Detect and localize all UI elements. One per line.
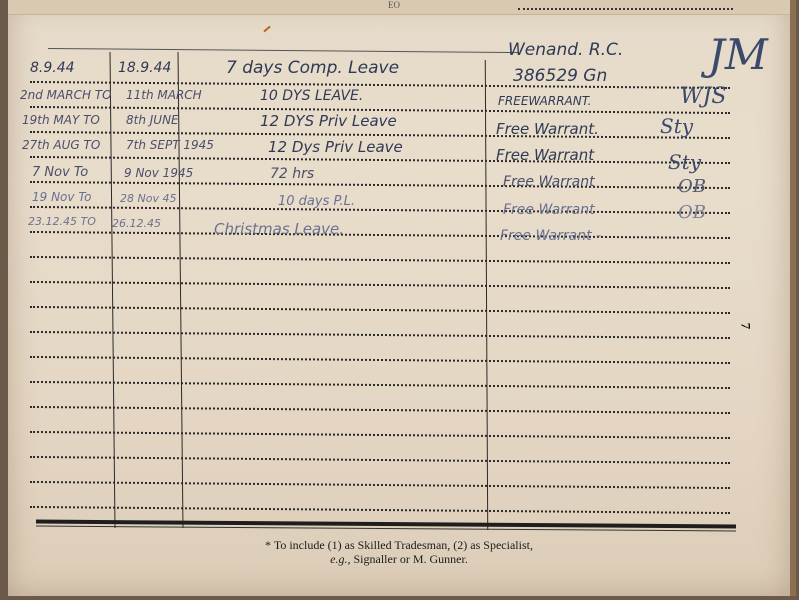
entry-remarks: Free Warrant. [496, 120, 599, 138]
record-page: EO Wenand. R.C. 8.9.44 18.9.44 7 days Co… [8, 0, 796, 596]
entry-description: Christmas Leave. [214, 220, 344, 238]
entry-remarks: Free Warrant [503, 174, 595, 190]
entry-remarks: Free Warrant - [500, 228, 601, 244]
row-rule [30, 231, 730, 239]
entry-initials: JM [708, 30, 768, 79]
flap-label: EO [388, 0, 400, 10]
entry-description: 10 DYS LEAVE. [260, 88, 363, 104]
row-rule [30, 156, 730, 164]
row-rule [30, 381, 730, 389]
entry-from: 19 Nov To [32, 190, 92, 204]
row-rule [48, 48, 518, 53]
entry-to: 7th SEPT 1945 [126, 138, 214, 152]
entry-remarks: FREEWARRANT. [498, 94, 591, 108]
flap-dotted-line [518, 8, 733, 10]
entry-initials: WJS [680, 84, 727, 109]
entry-from: 23.12.45 TO [28, 215, 96, 228]
entry-description: 12 DYS Priv Leave [260, 112, 397, 130]
entry-to: 11th MARCH [126, 88, 202, 102]
entry-description: 12 Dys Priv Leave [268, 138, 403, 156]
footnote-line-1: * To include (1) as Skilled Tradesman, (… [8, 538, 790, 552]
entry-initials: Sty [668, 150, 701, 174]
entry-to: 18.9.44 [118, 60, 171, 76]
entry-to: 26.12.45 [112, 217, 161, 230]
page-number: 7 [737, 323, 753, 330]
row-rule [30, 181, 730, 189]
entry-to: 28 Nov 45 [120, 192, 176, 205]
ink-stain [263, 26, 270, 33]
top-flap: EO [8, 0, 790, 15]
row-rule [30, 331, 730, 339]
row-rule [30, 281, 730, 289]
entry-description: 72 hrs [270, 166, 314, 182]
footnote-eg: e.g., [330, 552, 350, 566]
entry-to: 9 Nov 1945 [124, 166, 193, 180]
entry-remarks: 386529 Gn [513, 66, 607, 86]
footnote: * To include (1) as Skilled Tradesman, (… [8, 538, 790, 566]
row-rule [30, 406, 730, 414]
entry-from: 19th MAY TO [22, 113, 100, 127]
entry-initials: OB [678, 176, 706, 197]
row-rule [30, 206, 730, 214]
entry-from: 27th AUG TO [22, 138, 100, 152]
row-rule [30, 356, 730, 364]
entry-to: 8th JUNE [126, 113, 179, 127]
row-rule [30, 481, 730, 489]
entry-description: 7 days Comp. Leave [226, 58, 399, 78]
entry-from: 8.9.44 [30, 60, 75, 76]
entry-remarks: Free Warrant [496, 146, 594, 164]
soldier-name: Wenand. R.C. [508, 40, 623, 60]
footnote-line-2: e.g., Signaller or M. Gunner. [8, 552, 790, 566]
entry-from: 7 Nov To [32, 165, 88, 180]
row-rule [30, 456, 730, 464]
entry-initials: OB [678, 202, 706, 223]
row-rule [30, 306, 730, 314]
entry-description: 10 days P.L. [278, 194, 355, 209]
row-rule [30, 431, 730, 439]
row-rule [30, 256, 730, 264]
row-rule [30, 506, 730, 514]
entry-from: 2nd MARCH TO [20, 88, 112, 102]
entry-remarks: Free Warrant [503, 202, 595, 218]
entry-initials: Sty [660, 114, 693, 138]
footnote-examples: Signaller or M. Gunner. [351, 552, 468, 566]
